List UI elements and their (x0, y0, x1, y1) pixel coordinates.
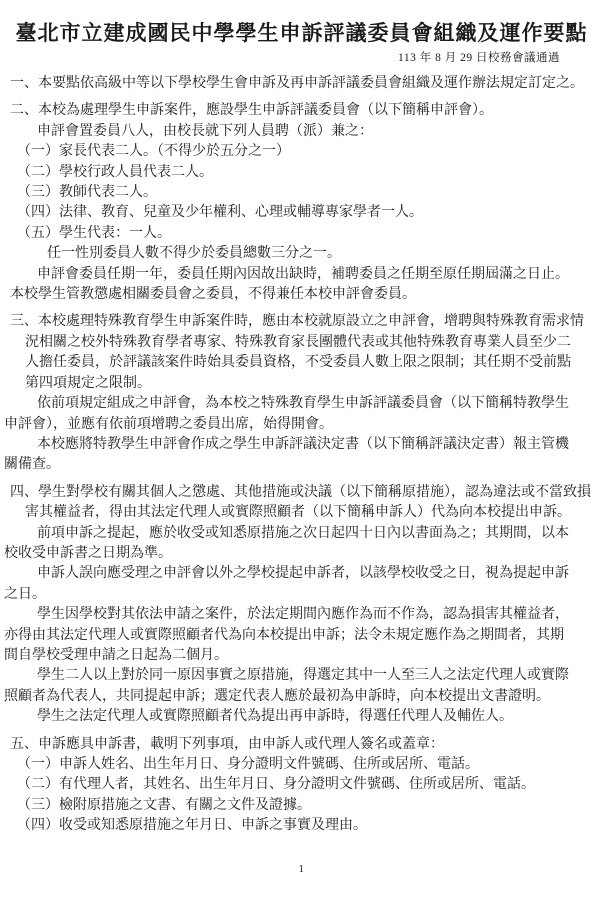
doc-line: 之日。 (4, 585, 603, 605)
doc-line: （二）有代理人者，其姓名、出生年月日、身分證明文件號碼、住所或居所、電話。 (17, 775, 603, 795)
doc-line: （三）教師代表二人。 (17, 183, 603, 203)
document-body: 一、本要點依高級中等以下學校學生會申訴及再申訴評議委員會組織及運作辦法規定訂定之… (0, 74, 603, 837)
doc-line: 關備查。 (4, 455, 603, 475)
doc-line: 亦得由其法定代理人或實際照顧者代為向本校提出申訴；法令未規定應作為之期間者，其期 (4, 626, 603, 646)
doc-line: 三、本校處理特殊教育學生申訴案件時，應由本校就原設立之申評會，增聘與特殊教育需求… (10, 312, 603, 332)
doc-line: （二）學校行政人員代表二人。 (17, 163, 603, 183)
doc-line: 校收受申訴書之日期為準。 (4, 544, 603, 564)
doc-line: （一）申訴人姓名、出生年月日、身分證明文件號碼、住所或居所、電話。 (17, 755, 603, 775)
doc-line: 間自學校受理申請之日起為二個月。 (4, 646, 603, 666)
doc-line: （三）檢附原措施之文書、有關之文件及證據。 (17, 796, 603, 816)
doc-line: 學生因學校對其依法申請之案件，於法定期間內應作為而不作為，認為損害其權益者， (37, 605, 603, 625)
doc-line: （四）收受或知悉原措施之年月日、申訴之事實及理由。 (17, 816, 603, 836)
page-number: 1 (0, 863, 603, 875)
doc-line: 任一性別委員人數不得少於委員總數三分之一。 (47, 244, 603, 264)
doc-line: 人擔任委員，於評議該案件時始具委員資格，不受委員人數上限之限制；其任期不受前點 (25, 353, 603, 373)
doc-line: 申評會），並應有依前項增聘之委員出席，始得開會。 (4, 415, 603, 435)
doc-line: 申評會置委員八人，由校長就下列人員聘（派）兼之： (37, 122, 603, 142)
document-page: 臺北市立建成國民中學學生申訴評議委員會組織及運作要點 113 年 8 月 29 … (0, 0, 603, 901)
doc-line: 申訴人誤向應受理之申評會以外之學校提起申訴者，以該學校收受之日，視為提起申訴 (37, 564, 603, 584)
approval-note: 113 年 8 月 29 日校務會議通過 (0, 51, 603, 65)
doc-line: （一）家長代表二人。（不得少於五分之一） (17, 142, 603, 162)
doc-line: 照顧者為代表人，共同提起申訴；選定代表人應於最初為申訴時，向本校提出文書證明。 (4, 687, 603, 707)
doc-line: 本校應將特教學生申評會作成之學生申訴評議決定書（以下簡稱評議決定書）報主管機 (37, 435, 603, 455)
doc-line: 四、學生對學校有關其個人之懲處、其他措施或決議（以下簡稱原措施），認為違法或不當… (10, 483, 603, 503)
doc-line: 本校學生管教懲處相關委員會之委員，不得兼任本校申評會委員。 (10, 285, 603, 305)
doc-line: 前項申訴之提起，應於收受或知悉原措施之次日起四十日內以書面為之；其期間，以本 (37, 524, 603, 544)
doc-line: 申評會委員任期一年，委員任期內因故出缺時，補聘委員之任期至原任期屆滿之日止。 (37, 265, 603, 285)
doc-line: 學生二人以上對於同一原因事實之原措施，得選定其中一人至三人之法定代理人或實際 (37, 666, 603, 686)
doc-line: 況相關之校外特殊教育學者專家、特殊教育家長團體代表或其他特殊教育專業人員至少二 (25, 333, 603, 353)
doc-line: 害其權益者，得由其法定代理人或實際照顧者（以下簡稱申訴人）代為向本校提出申訴。 (25, 503, 603, 523)
doc-line: 第四項規定之限制。 (25, 374, 603, 394)
doc-line: （四）法律、教育、兒童及少年權利、心理或輔導專家學者一人。 (17, 203, 603, 223)
doc-line: 依前項規定組成之申評會，為本校之特殊教育學生申訴評議委員會（以下簡稱特教學生 (37, 394, 603, 414)
doc-line: 二、本校為處理學生申訴案件，應設學生申訴評議委員會（以下簡稱申評會）。 (10, 101, 603, 121)
doc-line: 學生之法定代理人或實際照顧者代為提出再申訴時，得選任代理人及輔佐人。 (37, 707, 603, 727)
doc-line: 一、本要點依高級中等以下學校學生會申訴及再申訴評議委員會組織及運作辦法規定訂定之… (10, 74, 603, 94)
doc-line: （五）學生代表：一人。 (17, 224, 603, 244)
document-title: 臺北市立建成國民中學學生申訴評議委員會組織及運作要點 (0, 0, 603, 46)
doc-line: 五、申訴應具申訴書，載明下列事項，由申訴人或代理人簽名或蓋章： (10, 735, 603, 755)
